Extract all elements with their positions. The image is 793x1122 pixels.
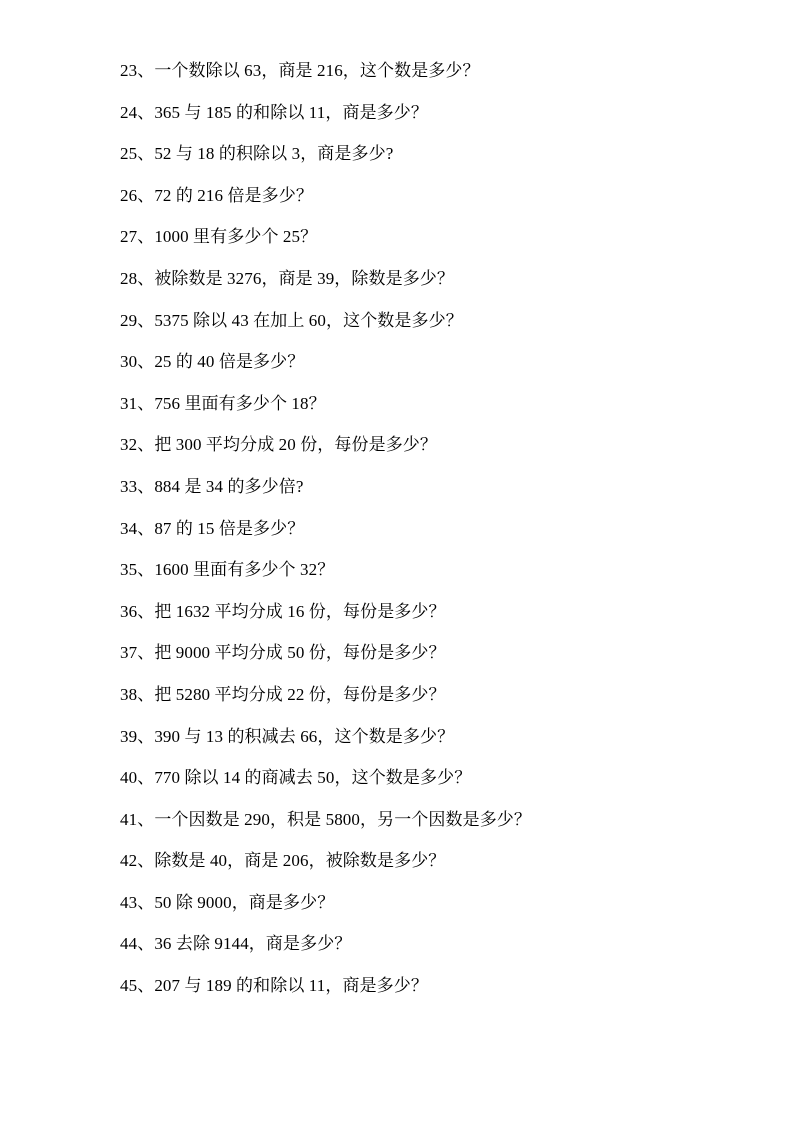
question-number: 34、 bbox=[120, 519, 154, 538]
question-number: 38、 bbox=[120, 685, 154, 704]
question-text: 把 300 平均分成 20 份，每份是多少？ bbox=[154, 435, 437, 454]
question-number: 30、 bbox=[120, 352, 154, 371]
question-text: 1600 里面有多少个 32？ bbox=[154, 560, 334, 579]
question-text: 1000 里有多少个 25？ bbox=[154, 227, 317, 246]
question-text: 770 除以 14 的商减去 50，这个数是多少？ bbox=[154, 768, 471, 787]
question-text: 365 与 185 的和除以 11，商是多少？ bbox=[154, 103, 428, 122]
question-number: 31、 bbox=[120, 394, 154, 413]
question-item: 23、一个数除以 63，商是 216，这个数是多少？ bbox=[120, 58, 531, 100]
question-list: 23、一个数除以 63，商是 216，这个数是多少？ 24、365 与 185 … bbox=[120, 58, 531, 1015]
question-text: 72 的 216 倍是多少？ bbox=[154, 186, 313, 205]
question-item: 28、被除数是 3276，商是 39，除数是多少？ bbox=[120, 266, 531, 308]
question-text: 87 的 15 倍是多少？ bbox=[154, 519, 304, 538]
question-text: 一个因数是 290，积是 5800，另一个因数是多少？ bbox=[154, 810, 531, 829]
question-number: 25、 bbox=[120, 144, 154, 163]
question-number: 40、 bbox=[120, 768, 154, 787]
question-item: 25、52 与 18 的积除以 3，商是多少? bbox=[120, 141, 531, 183]
question-number: 23、 bbox=[120, 61, 154, 80]
question-number: 43、 bbox=[120, 893, 154, 912]
question-text: 25 的 40 倍是多少？ bbox=[154, 352, 304, 371]
question-number: 32、 bbox=[120, 435, 154, 454]
question-item: 45、207 与 189 的和除以 11，商是多少？ bbox=[120, 973, 531, 1015]
question-number: 44、 bbox=[120, 934, 154, 953]
question-text: 除数是 40，商是 206，被除数是多少？ bbox=[154, 851, 445, 870]
question-number: 27、 bbox=[120, 227, 154, 246]
question-number: 33、 bbox=[120, 477, 154, 496]
question-number: 45、 bbox=[120, 976, 154, 995]
question-text: 一个数除以 63，商是 216，这个数是多少？ bbox=[154, 61, 479, 80]
question-number: 26、 bbox=[120, 186, 154, 205]
question-item: 40、770 除以 14 的商减去 50，这个数是多少？ bbox=[120, 765, 531, 807]
question-number: 24、 bbox=[120, 103, 154, 122]
question-item: 37、把 9000 平均分成 50 份，每份是多少？ bbox=[120, 640, 531, 682]
question-number: 35、 bbox=[120, 560, 154, 579]
question-item: 44、36 去除 9144，商是多少？ bbox=[120, 931, 531, 973]
question-text: 50 除 9000，商是多少？ bbox=[154, 893, 334, 912]
question-item: 26、72 的 216 倍是多少？ bbox=[120, 183, 531, 225]
question-item: 34、87 的 15 倍是多少？ bbox=[120, 516, 531, 558]
question-text: 36 去除 9144，商是多少？ bbox=[154, 934, 351, 953]
question-number: 36、 bbox=[120, 602, 154, 621]
question-number: 39、 bbox=[120, 727, 154, 746]
question-text: 把 9000 平均分成 50 份，每份是多少？ bbox=[154, 643, 445, 662]
question-text: 207 与 189 的和除以 11，商是多少？ bbox=[154, 976, 428, 995]
question-text: 390 与 13 的积减去 66，这个数是多少？ bbox=[154, 727, 454, 746]
question-item: 32、把 300 平均分成 20 份，每份是多少？ bbox=[120, 432, 531, 474]
question-text: 5375 除以 43 在加上 60，这个数是多少？ bbox=[154, 311, 463, 330]
question-text: 被除数是 3276，商是 39，除数是多少？ bbox=[154, 269, 454, 288]
question-number: 29、 bbox=[120, 311, 154, 330]
question-text: 756 里面有多少个 18？ bbox=[154, 394, 325, 413]
question-item: 42、除数是 40，商是 206，被除数是多少？ bbox=[120, 848, 531, 890]
question-number: 42、 bbox=[120, 851, 154, 870]
question-text: 52 与 18 的积除以 3，商是多少? bbox=[154, 144, 393, 163]
question-number: 37、 bbox=[120, 643, 154, 662]
question-text: 884 是 34 的多少倍? bbox=[154, 477, 303, 496]
question-number: 41、 bbox=[120, 810, 154, 829]
question-item: 41、一个因数是 290，积是 5800，另一个因数是多少？ bbox=[120, 807, 531, 849]
question-text: 把 1632 平均分成 16 份，每份是多少？ bbox=[154, 602, 445, 621]
question-text: 把 5280 平均分成 22 份，每份是多少？ bbox=[154, 685, 445, 704]
question-item: 29、5375 除以 43 在加上 60，这个数是多少？ bbox=[120, 308, 531, 350]
question-item: 24、365 与 185 的和除以 11，商是多少？ bbox=[120, 100, 531, 142]
question-item: 27、1000 里有多少个 25？ bbox=[120, 224, 531, 266]
question-item: 35、1600 里面有多少个 32？ bbox=[120, 557, 531, 599]
document-page: 23、一个数除以 63，商是 216，这个数是多少？ 24、365 与 185 … bbox=[0, 0, 793, 1122]
question-item: 38、把 5280 平均分成 22 份，每份是多少？ bbox=[120, 682, 531, 724]
question-item: 33、884 是 34 的多少倍? bbox=[120, 474, 531, 516]
question-item: 30、25 的 40 倍是多少？ bbox=[120, 349, 531, 391]
question-item: 31、756 里面有多少个 18？ bbox=[120, 391, 531, 433]
question-number: 28、 bbox=[120, 269, 154, 288]
question-item: 36、把 1632 平均分成 16 份，每份是多少？ bbox=[120, 599, 531, 641]
question-item: 43、50 除 9000，商是多少？ bbox=[120, 890, 531, 932]
question-item: 39、390 与 13 的积减去 66，这个数是多少？ bbox=[120, 724, 531, 766]
